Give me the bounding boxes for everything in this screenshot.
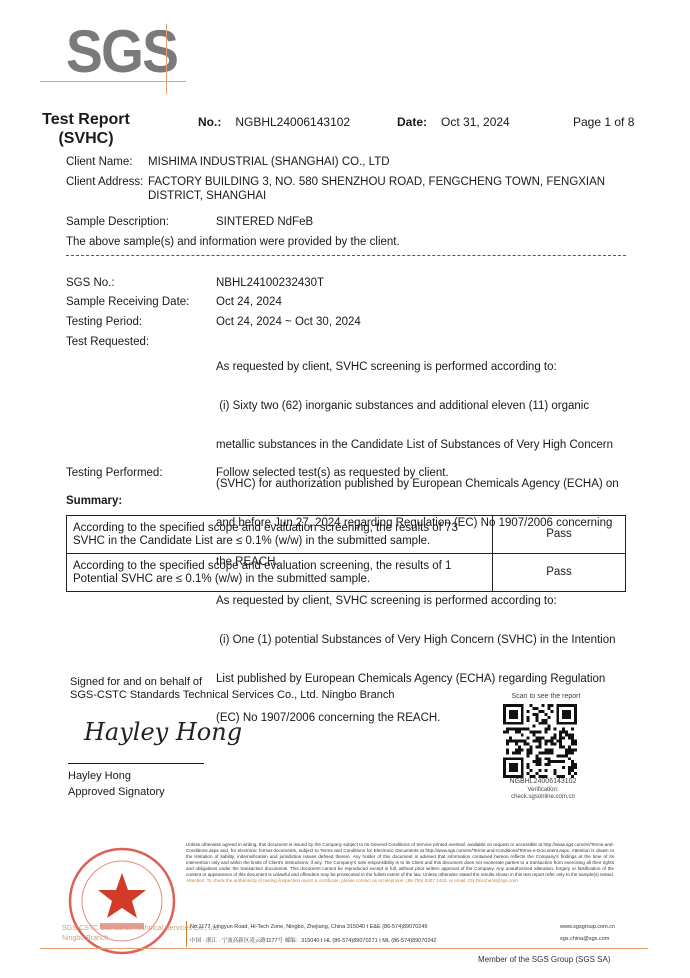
qr-verification-label: Verification:	[498, 787, 588, 794]
signed-line2: SGS-CSTC Standards Technical Services Co…	[70, 689, 394, 702]
client-name-label: Client Name:	[66, 155, 132, 169]
testing-performed-label: Testing Performed:	[66, 466, 163, 480]
provided-note: The above sample(s) and information were…	[66, 235, 400, 249]
table-row: According to the specified scope and eva…	[67, 554, 626, 592]
receiving-date-label: Sample Receiving Date:	[66, 295, 189, 309]
qr-code-icon[interactable]	[503, 704, 577, 778]
signer-role: Approved Signatory	[68, 784, 165, 800]
footer-rule	[40, 948, 648, 949]
sgs-logo: SGS	[66, 22, 177, 82]
address-chinese: 中国 · 浙江 · 宁波高新区凌云路1177号 邮编：315040 t HL (…	[190, 936, 437, 944]
report-date: Date:Oct 31, 2024	[397, 115, 510, 129]
summary-table: According to the specified scope and eva…	[66, 515, 626, 592]
report-date-value: Oct 31, 2024	[441, 115, 510, 129]
summary-text: According to the specified scope and eva…	[67, 516, 493, 554]
logo-vertical-rule	[166, 24, 167, 94]
signature-line	[68, 763, 204, 764]
email-link[interactable]: sgs.china@sgs.com	[560, 936, 609, 942]
page-indicator: Page 1 of 8	[573, 115, 634, 129]
testing-period-label: Testing Period:	[66, 315, 142, 329]
report-title-line2: (SVHC)	[40, 129, 132, 148]
test-requested-line: As requested by client, SVHC screening i…	[216, 361, 636, 374]
report-date-label: Date:	[397, 115, 427, 129]
qr-verification: Verification: check.sgsonline.com.cn	[498, 787, 588, 801]
test-requested-line: As requested by client, SVHC screening i…	[216, 595, 636, 608]
address-english: No.1177, Lingyun Road, Hi-Tech Zone, Nin…	[190, 924, 427, 930]
dashed-divider	[66, 255, 626, 256]
testing-performed-value: Follow selected test(s) as requested by …	[216, 466, 636, 480]
test-requested-line: (i) Sixty two (62) inorganic substances …	[216, 400, 636, 413]
qr-verification-site: check.sgsonline.com.cn	[498, 794, 588, 801]
report-number: No.:NGBHL24006143102	[198, 115, 350, 129]
signer-block: Hayley Hong Approved Signatory	[68, 768, 165, 800]
terms-fine-print: Unless otherwise agreed in writing, this…	[186, 842, 614, 884]
signed-line1: Signed for and on behalf of	[70, 676, 394, 689]
signed-on-behalf: Signed for and on behalf of SGS-CSTC Sta…	[70, 676, 394, 702]
report-number-label: No.:	[198, 115, 221, 129]
member-notice: Member of the SGS Group (SGS SA)	[478, 955, 611, 964]
handwritten-signature: Hayley Hong	[84, 718, 242, 746]
client-address-line2: DISTRICT, SHANGHAI	[148, 189, 266, 203]
test-requested-label: Test Requested:	[66, 335, 149, 349]
summary-result: Pass	[493, 516, 626, 554]
summary-result: Pass	[493, 554, 626, 592]
authenticity-notice: Attention: To check the authenticity of …	[186, 878, 518, 883]
client-address-line1: FACTORY BUILDING 3, NO. 580 SHENZHOU ROA…	[148, 175, 605, 189]
terms-text: Unless otherwise agreed in writing, this…	[186, 842, 614, 877]
signer-name: Hayley Hong	[68, 768, 165, 784]
testing-period-value: Oct 24, 2024 ~ Oct 30, 2024	[216, 315, 636, 329]
address-accent-bar	[186, 921, 187, 947]
qr-caption: Scan to see the report	[498, 693, 594, 700]
qr-report-number: NGBHL24006143102	[498, 778, 588, 785]
summary-text: According to the specified scope and eva…	[67, 554, 493, 592]
sample-description-value: SINTERED NdFeB	[216, 215, 313, 229]
client-address-label: Client Address:	[66, 175, 143, 189]
sgs-no-label: SGS No.:	[66, 276, 115, 290]
logo-horizontal-rule	[40, 81, 186, 82]
sample-description-label: Sample Description:	[66, 215, 169, 229]
report-title-line1: Test Report	[40, 110, 132, 129]
receiving-date-value: Oct 24, 2024	[216, 295, 636, 309]
test-requested-line: (i) One (1) potential Substances of Very…	[216, 634, 636, 647]
client-name-value: MISHIMA INDUSTRIAL (SHANGHAI) CO., LTD	[148, 155, 390, 169]
report-number-value: NGBHL24006143102	[235, 115, 350, 129]
test-requested-line: metallic substances in the Candidate Lis…	[216, 439, 636, 452]
table-row: According to the specified scope and eva…	[67, 516, 626, 554]
sgs-no-value: NBHL24100232430T	[216, 276, 636, 290]
website-link[interactable]: www.sgsgroup.com.cn	[560, 924, 615, 930]
report-title: Test Report (SVHC)	[40, 110, 132, 148]
company-seal-icon	[62, 843, 182, 963]
summary-title: Summary:	[66, 495, 122, 507]
